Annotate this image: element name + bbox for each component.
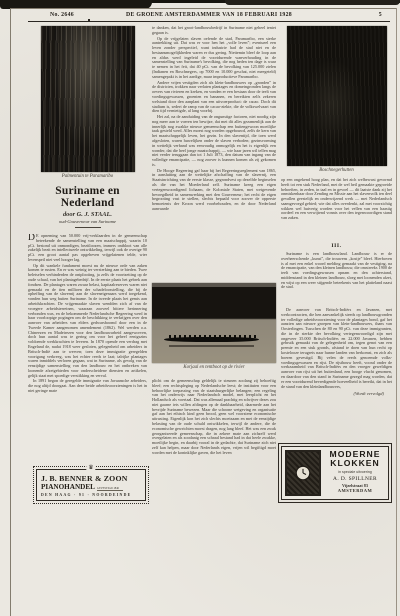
photo-palm-garden bbox=[41, 26, 135, 172]
masthead: DE GROENE AMSTERDAMMER VAN 18 FEBRUARI 1… bbox=[28, 12, 390, 18]
ad-benner-address: DEN HAAG · 91 · NOORDEINDE bbox=[41, 493, 141, 497]
photo-forest-huts bbox=[287, 26, 387, 166]
clock-face bbox=[294, 464, 312, 482]
body-paragraph: De Hooge Regeering gaf haar bij het Rege… bbox=[152, 169, 276, 212]
ad-spillner-klokken: MODERNE KLOKKEN in speciale uitvoering A… bbox=[281, 446, 389, 500]
body-text-col3-mid: Suriname is een landbouwland. Landbouw i… bbox=[281, 252, 392, 308]
body-text-col3-top: op een ongekend hoog plan, en dat het zi… bbox=[281, 178, 392, 240]
ad-benner-trade: PIANOHANDEL bbox=[41, 483, 95, 491]
ad-benner-pianohandel: ♛ J. B. BENNER & ZOON PIANOHANDEL GEVEST… bbox=[36, 469, 146, 501]
boat-silhouette bbox=[164, 337, 258, 342]
article-byline: door G. J. STAAL. bbox=[28, 211, 147, 218]
photo-river-boat bbox=[152, 283, 276, 363]
body-paragraph: Op dit wankele fundament moest nu de nie… bbox=[28, 264, 147, 379]
scan-smear-right bbox=[225, 0, 400, 5]
body-paragraph: op een ongekend hoog plan, en dat het zi… bbox=[281, 178, 392, 221]
divider-flourish bbox=[75, 227, 101, 228]
column-middle: te danken, dat het groot-landbouwbedrijf… bbox=[152, 26, 276, 485]
body-paragraph: Suriname is een landbouwland. Landbouw i… bbox=[281, 252, 392, 290]
ad-spillner-city: AMSTERDAM bbox=[325, 488, 385, 493]
body-text-col1: DE opneming van 50.000 vrij-verklaarden … bbox=[28, 234, 147, 462]
body-paragraph: Andere vrijen vestigden zich als klein-l… bbox=[152, 81, 276, 114]
water-reflection bbox=[169, 345, 253, 347]
body-paragraph: te danken, dat het groot-landbouwbedrijf… bbox=[152, 26, 276, 36]
body-paragraph: plicht om de gemeenschap geldelijk te st… bbox=[152, 379, 276, 456]
header-rule bbox=[28, 21, 390, 22]
continuation-note: (Wordt vervolgd) bbox=[281, 391, 392, 396]
section-heading: III. bbox=[281, 243, 392, 249]
body-paragraph: Het zal, na de aanduiding van de ongunst… bbox=[152, 115, 276, 168]
ad-benner-note: GEVESTIGD 1846 bbox=[97, 487, 123, 491]
body-paragraph: DE opneming van 50.000 vrij-verklaarden … bbox=[28, 234, 147, 263]
body-paragraph: In 1891 begon de geregelde immigratie va… bbox=[28, 379, 147, 393]
body-paragraph: De aanvoer van Britsch-Indiërs en Javane… bbox=[281, 308, 392, 389]
ad-spillner-tagline: in speciale uitvoering bbox=[325, 470, 385, 474]
ad-benner-name: J. B. BENNER & ZOON bbox=[41, 474, 141, 483]
ad-spillner-word2: KLOKKEN bbox=[325, 459, 385, 468]
crown-icon: ♛ bbox=[86, 464, 95, 471]
body-paragraph: Op de vrijgelaten slaven oefende de stad… bbox=[152, 37, 276, 80]
body-text-col2-top: te danken, dat het groot-landbouwbedrijf… bbox=[152, 26, 276, 283]
column-right: Boschnegerhutten op een ongekend hoog pl… bbox=[281, 26, 392, 500]
photo-caption: Palmentuin te Paramaribo bbox=[28, 174, 147, 180]
article-byline-sub: oud-Gouverneur van Suriname bbox=[28, 219, 147, 224]
column-left: Palmentuin te Paramaribo Suriname en Ned… bbox=[28, 26, 147, 501]
drop-cap: D bbox=[28, 234, 36, 243]
page-border-top bbox=[10, 8, 397, 9]
ad-spillner-name: A. D. SPILLNER bbox=[325, 476, 385, 482]
article-title: Suriname en Nederland bbox=[28, 185, 147, 209]
clock-icon bbox=[285, 450, 321, 496]
page-border-left bbox=[10, 8, 11, 616]
page-header: No. 2646 DE GROENE AMSTERDAMMER VAN 18 F… bbox=[28, 12, 390, 20]
page-border-right bbox=[396, 8, 397, 616]
newspaper-page: No. 2646 DE GROENE AMSTERDAMMER VAN 18 F… bbox=[0, 0, 400, 616]
body-text-col3-bottom: De aanvoer van Britsch-Indiërs en Javane… bbox=[281, 308, 392, 432]
page-number: 5 bbox=[379, 12, 382, 18]
body-text-col2-bottom: plicht om de gemeenschap geldelijk te st… bbox=[152, 379, 276, 485]
photo-caption: Korjaal en tentboot op de rivier bbox=[152, 365, 276, 371]
photo-caption: Boschnegerhutten bbox=[281, 168, 392, 174]
